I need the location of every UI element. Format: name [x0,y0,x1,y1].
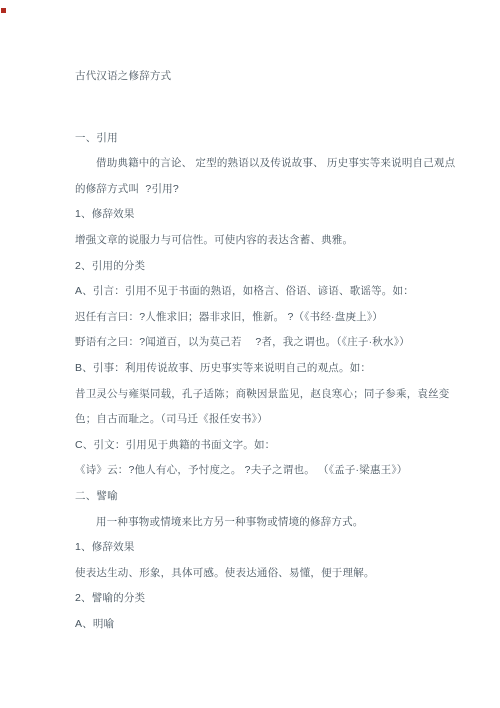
document-page: 古代汉语之修辞方式 一、引用借助典籍中的言论、 定型的熟语以及传说故事、 历史事… [0,0,500,708]
text-line: C、引文：引用见于典籍的书面文字。如： [75,433,445,459]
red-marker-icon [1,8,6,13]
text-line: 色；自古而耻之。（司马迁《报任安书》） [75,407,445,433]
text-line: A、明喻 [75,612,445,638]
text-line: 2、譬喻的分类 [75,586,445,612]
text-line: 《诗》云：?他人有心，予忖度之。 ?夫子之谓也。 （《孟子·梁惠王》） [75,458,445,484]
text-line: 昔卫灵公与雍渠同载，孔子适陈；商鞅因景监见，赵良寒心；同子参乘，袁丝变 [75,382,445,408]
text-line: 一、引用 [75,126,445,152]
text-line: 使表达生动、形象，具体可感。使表达通俗、易懂，便于理解。 [75,561,445,587]
text-line: 二、譬喻 [75,484,445,510]
text-line: 1、修辞效果 [75,535,445,561]
text-line: 1、修辞效果 [75,202,445,228]
text-line: A、引言：引用不见于书面的熟语，如格言、俗语、谚语、歌谣等。如： [75,279,445,305]
text-line: 用一种事物或情境来比方另一种事物或情境的修辞方式。 [75,510,445,536]
text-line: 增强文章的说服力与可信性。可使内容的表达含蓄、典雅。 [75,228,445,254]
text-line: 野语有之曰：?闻道百，以为莫己若 ?者，我之谓也。（《庄子·秋水》） [75,330,445,356]
text-line: B、引事：利用传说故事、历史事实等来说明自己的观点。如： [75,356,445,382]
text-line: 的修辞方式叫 ?引用? [75,177,445,203]
document-title: 古代汉语之修辞方式 [75,64,445,90]
text-line: 2、引用的分类 [75,254,445,280]
document-body: 一、引用借助典籍中的言论、 定型的熟语以及传说故事、 历史事实等来说明自己观点的… [75,126,445,638]
text-line: 借助典籍中的言论、 定型的熟语以及传说故事、 历史事实等来说明自己观点 [75,151,445,177]
text-line: 迟任有言曰：?人惟求旧；器非求旧，惟新。 ?（《书经·盘庚上》） [75,305,445,331]
